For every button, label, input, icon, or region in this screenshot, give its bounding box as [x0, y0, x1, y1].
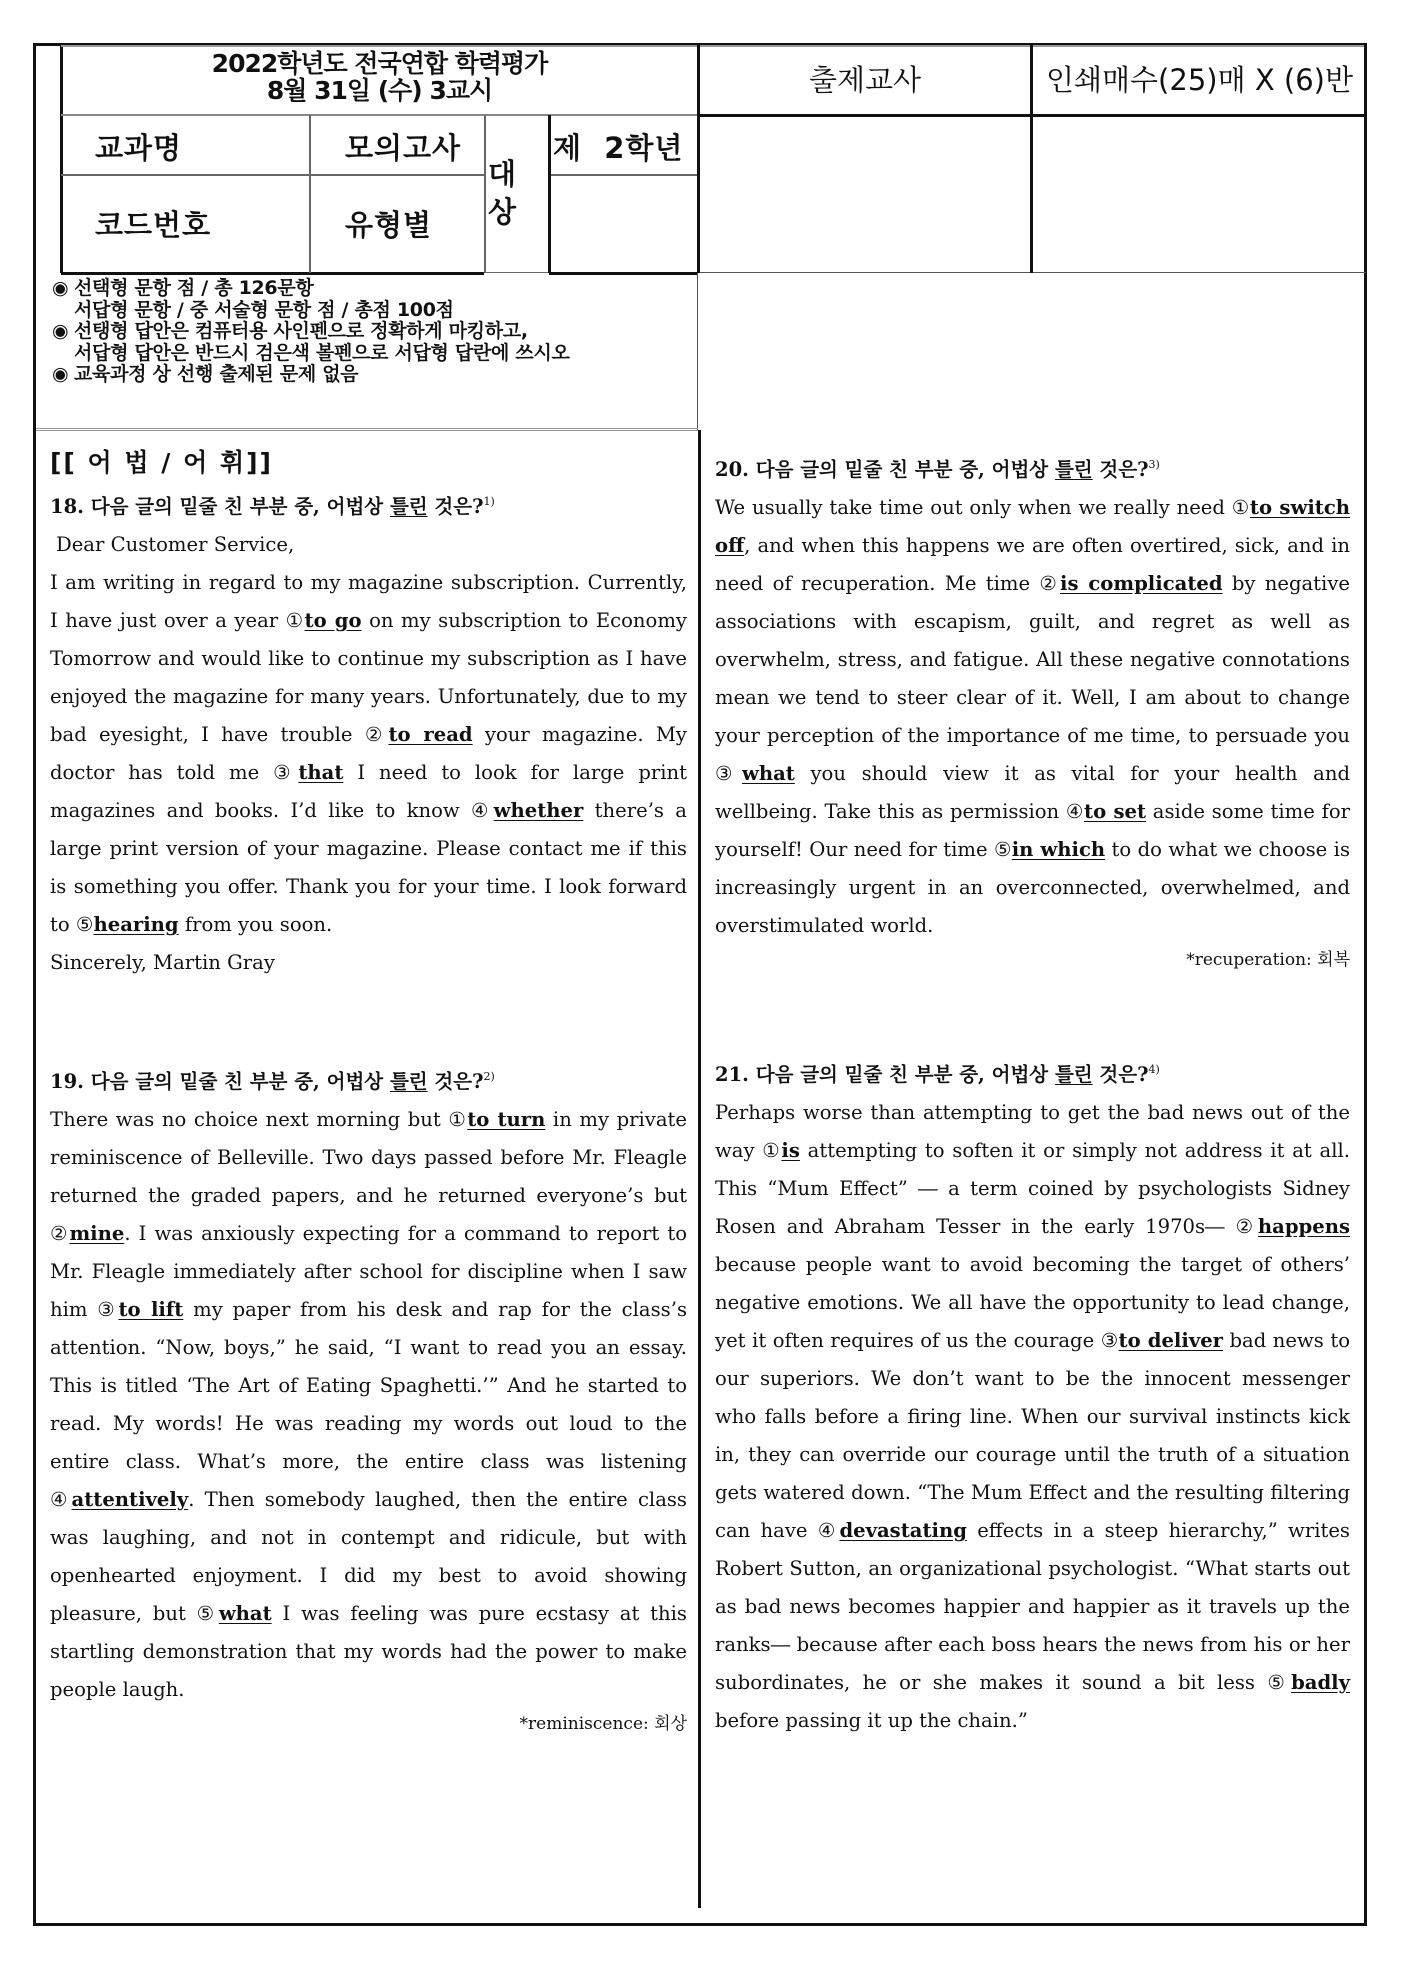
exam-title: 2022학년도 전국연합 학력평가 8월 31일 (수) 3교시 [61, 46, 698, 115]
header-col-line-1 [309, 115, 311, 273]
underlined-choice: that [298, 761, 343, 784]
examiner-label: 출제교사 [700, 46, 1030, 114]
passage-text: before passing it up the chain.” [715, 1709, 1028, 1732]
choice-number: ③ [273, 761, 298, 784]
underlined-choice: is [781, 1139, 799, 1162]
underlined-choice: to deliver [1119, 1329, 1223, 1352]
choice-number: ⑤ [197, 1602, 219, 1625]
passage-text: bad news to our superiors. We don’t want… [715, 1329, 1350, 1542]
passage-text: effects in a steep hierarchy,” writes Ro… [715, 1519, 1350, 1694]
header-col-line-2 [484, 115, 486, 273]
left-column: [[ 어 법 / 어 휘]] 18. 다음 글의 밑줄 친 부분 중, 어법상 … [50, 443, 687, 1739]
letter-greeting: Dear Customer Service, [50, 526, 687, 564]
underlined-choice: is complicated [1060, 572, 1223, 595]
instruction-item-cont: 서답형 답안은 반드시 검은색 볼펜으로 서답형 답란에 쓰시오 [52, 343, 692, 365]
letter-closing: Sincerely, Martin Gray [50, 944, 687, 982]
radio-bullet-icon: ◉ [52, 364, 74, 386]
question-prompt: 21. 다음 글의 밑줄 친 부분 중, 어법상 틀린 것은?4) [715, 1051, 1350, 1094]
passage-text: We usually take time out only when we re… [715, 496, 1232, 519]
passage-text: There was no choice next morning but [50, 1108, 448, 1131]
choice-number: ④ [50, 1488, 72, 1511]
choice-number: ④ [471, 799, 494, 822]
passage-text: from you soon. [179, 913, 333, 936]
exam-title-line1: 2022학년도 전국연합 학력평가 [61, 50, 698, 77]
radio-bullet-icon: ◉ [52, 321, 74, 343]
instructions: ◉선택형 문항 점 / 총 126문항 서답형 문항 / 중 서술형 문항 점 … [52, 278, 692, 386]
target-grade: 제 2학년 [553, 126, 683, 167]
choice-number: ① [762, 1139, 781, 1162]
question-21: 21. 다음 글의 밑줄 친 부분 중, 어법상 틀린 것은?4) Perhap… [715, 1051, 1350, 1740]
choice-number: ⑤ [76, 913, 94, 936]
passage-text: by negative associations with escapism, … [715, 572, 1350, 747]
radio-bullet-icon: ◉ [52, 278, 74, 300]
question-20: 20. 다음 글의 밑줄 친 부분 중, 어법상 틀린 것은?3) We usu… [715, 446, 1350, 975]
choice-number: ⑤ [994, 838, 1012, 861]
underlined-choice: what [742, 762, 795, 785]
instruction-item-cont: 서답형 문항 / 중 서술형 문항 점 / 총점 100점 [52, 300, 692, 322]
underlined-choice: to set [1084, 800, 1146, 823]
question-passage: Perhaps worse than attempting to get the… [715, 1094, 1350, 1740]
instructions-right-border [697, 273, 698, 431]
question-18: 18. 다음 글의 밑줄 친 부분 중, 어법상 틀린 것은?1) Dear C… [50, 483, 687, 982]
underlined-choice: what [219, 1602, 272, 1625]
vocab-note: *recuperation: 회복 [715, 945, 1350, 975]
question-prompt: 20. 다음 글의 밑줄 친 부분 중, 어법상 틀린 것은?3) [715, 446, 1350, 489]
choice-number: ③ [715, 762, 742, 785]
instruction-item: ◉선택형 문항 점 / 총 126문항 [52, 278, 692, 300]
question-prompt: 18. 다음 글의 밑줄 친 부분 중, 어법상 틀린 것은?1) [50, 483, 687, 526]
underlined-choice: to read [388, 723, 472, 746]
choice-number: ④ [818, 1519, 840, 1542]
instruction-item: ◉선탱형 답안은 컴퓨터용 사인펜으로 정확하게 마킹하고, [52, 321, 692, 343]
header-bottom-line-grade [549, 272, 698, 275]
section-title: [[ 어 법 / 어 휘]] [50, 443, 687, 483]
underlined-choice: mine [69, 1222, 124, 1245]
instruction-item: ◉교육과정 상 선행 출제된 문제 없음 [52, 364, 692, 386]
underlined-choice: to go [305, 609, 362, 632]
choice-number: ① [448, 1108, 467, 1131]
target-label: 대 상 [488, 155, 528, 231]
underlined-choice: attentively [72, 1488, 189, 1511]
code-label: 코드번호 [95, 203, 211, 244]
choice-number: ① [1232, 496, 1250, 519]
underlined-choice: to turn [467, 1108, 545, 1131]
passage-text: my paper from his desk and rap for the c… [50, 1298, 687, 1473]
choice-number: ① [286, 609, 305, 632]
question-19: 19. 다음 글의 밑줄 친 부분 중, 어법상 틀린 것은?2) There … [50, 1058, 687, 1739]
header-row-line-2 [61, 174, 484, 176]
choice-number: ④ [1066, 800, 1084, 823]
column-divider [698, 430, 701, 1908]
type-label: 유형별 [345, 203, 432, 244]
header-bottom-line-left [61, 272, 484, 275]
choice-number: ③ [1101, 1329, 1119, 1352]
question-prompt: 19. 다음 글의 밑줄 친 부분 중, 어법상 틀린 것은?2) [50, 1058, 687, 1101]
exam-title-line2: 8월 31일 (수) 3교시 [61, 77, 698, 104]
header-row-line-2b [549, 174, 697, 176]
underlined-choice: hearing [93, 913, 178, 936]
header-col-line-3 [548, 115, 551, 273]
question-passage: We usually take time out only when we re… [715, 489, 1350, 945]
print-count: 인쇄매수(25)매 X (6)반 [1033, 46, 1366, 114]
question-passage: I am writing in regard to my magazine su… [50, 564, 687, 944]
choice-number: ② [365, 723, 389, 746]
question-passage: There was no choice next morning but ①to… [50, 1101, 687, 1709]
subject-value: 모의고사 [345, 126, 461, 167]
vocab-note: *reminiscence: 회상 [50, 1709, 687, 1739]
right-column: 20. 다음 글의 밑줄 친 부분 중, 어법상 틀린 것은?3) We usu… [715, 446, 1350, 1740]
choice-number: ② [1039, 572, 1060, 595]
header-bottom-line-target [484, 272, 549, 273]
choice-number: ② [50, 1222, 69, 1245]
underlined-choice: to lift [118, 1298, 183, 1321]
underlined-choice: devastating [839, 1519, 966, 1542]
underlined-choice: in which [1012, 838, 1105, 861]
choice-number: ③ [97, 1298, 118, 1321]
subject-label: 교과명 [95, 126, 182, 167]
choice-number: ⑤ [1267, 1671, 1291, 1694]
instructions-bottom-border [36, 428, 698, 431]
underlined-choice: whether [494, 799, 584, 822]
choice-number: ② [1236, 1215, 1258, 1238]
underlined-choice: happens [1258, 1215, 1350, 1238]
underlined-choice: badly [1291, 1671, 1350, 1694]
